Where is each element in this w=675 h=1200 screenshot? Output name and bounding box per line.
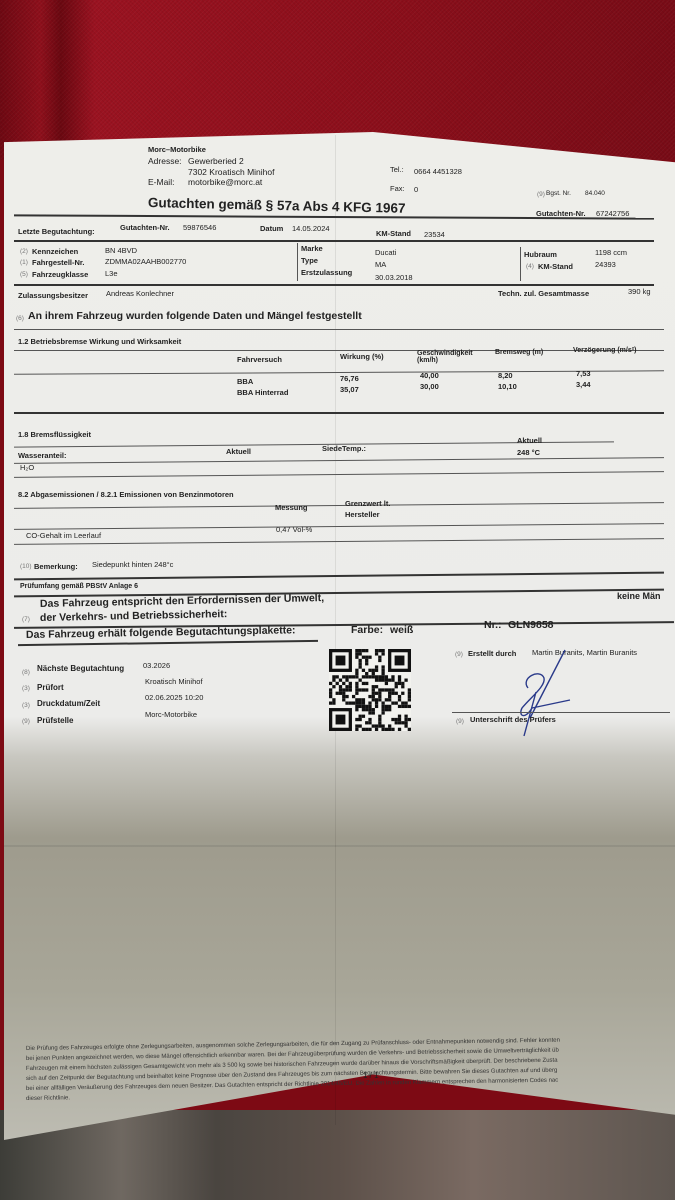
col-bremsweg: Bremsweg (m) xyxy=(495,349,543,356)
pruefort-value: Kroatisch Minihof xyxy=(145,678,203,686)
company-name: Morc–Motorbike xyxy=(148,146,206,154)
code-erstellt: (9) xyxy=(455,652,463,659)
brake-row-wirkung: 76,76 xyxy=(340,375,359,383)
fahrzeugklasse-value: L3e xyxy=(105,270,118,278)
col-fahrversuch: Fahrversuch xyxy=(237,356,282,364)
divider xyxy=(14,350,664,351)
last-datum-value: 14.05.2024 xyxy=(292,225,330,233)
last-km-label: KM-Stand xyxy=(376,230,411,238)
type-value: MA xyxy=(375,261,386,269)
code-klasse: (5) xyxy=(20,272,28,279)
email-value[interactable]: motorbike@morc.at xyxy=(188,178,262,187)
next-inspection-value: 03.2026 xyxy=(143,662,170,670)
gesamtmasse-label: Techn. zul. Gesamtmasse xyxy=(498,290,589,298)
divider xyxy=(520,247,521,281)
last-km-value: 23534 xyxy=(424,231,445,239)
pruefort-label: Prüfort xyxy=(37,684,64,692)
col-verzoegerung: Verzögerung (m/s²) xyxy=(573,347,636,354)
grenzwert-label-1: Grenzwert lt. xyxy=(345,500,390,508)
code-fahrgestell: (1) xyxy=(20,260,28,267)
brake-row-verzoegerung: 3,44 xyxy=(576,381,591,389)
co-label: CO-Gehalt im Leerlauf xyxy=(26,532,101,540)
hubraum-label: Hubraum xyxy=(524,251,557,259)
bgst-value: 84.040 xyxy=(585,191,605,198)
siedetemp-aktuell-label: Aktuell xyxy=(517,437,542,445)
code-ort: (3) xyxy=(22,686,30,693)
last-gutachten-label: Gutachten-Nr. xyxy=(120,224,170,232)
brake-row-bremsweg: 10,10 xyxy=(498,383,517,391)
fax-value: 0 xyxy=(414,186,418,194)
brakes-section-title: 1.2 Betriebsbremse Wirkung und Wirksamke… xyxy=(18,338,181,346)
kennzeichen-value: BN 4BVD xyxy=(105,247,137,255)
siedetemp-value: 248 °C xyxy=(517,449,540,457)
km-stand-value: 24393 xyxy=(595,261,616,269)
gutachten-nr-value: 67242756 xyxy=(596,210,629,218)
besitzer-label: Zulassungsbesitzer xyxy=(18,292,88,300)
brake-row-geschwindigkeit: 30,00 xyxy=(420,383,439,391)
erstzulassung-label: Erstzulassung xyxy=(301,269,352,277)
marke-value: Ducati xyxy=(375,249,396,257)
pruefstelle-label: Prüfstelle xyxy=(37,717,73,725)
type-label: Type xyxy=(301,257,318,265)
divider xyxy=(14,412,664,414)
messung-label: Messung xyxy=(275,504,308,512)
last-inspection-label: Letzte Begutachtung: xyxy=(18,228,95,236)
code-findings: (6) xyxy=(16,316,24,323)
next-inspection-label: Nächste Begutachtung xyxy=(37,665,124,673)
email-label: E-Mail: xyxy=(148,178,174,187)
tel-label: Tel.: xyxy=(390,166,404,174)
signature-label: Unterschrift des Prüfers xyxy=(470,716,556,724)
remark-text: Siedepunkt hinten 248°c xyxy=(92,561,173,569)
wasseranteil-aktuell-label: Aktuell xyxy=(226,448,251,456)
brake-fluid-section-title: 1.8 Bremsflüssigkeit xyxy=(18,431,91,439)
legal-text-line: dieser Richtlinie. xyxy=(26,1095,70,1102)
fahrgestell-value: ZDMMA02AAHB002770 xyxy=(105,258,186,266)
code-next: (8) xyxy=(22,670,30,677)
signature-line xyxy=(452,712,670,713)
siedetemp-label: SiedeTemp.: xyxy=(322,445,366,453)
divider xyxy=(14,329,664,330)
bgst-label: Bgst. Nr. xyxy=(546,191,571,198)
druckdatum-value: 02.06.2025 10:20 xyxy=(145,694,203,702)
kennzeichen-label: Kennzeichen xyxy=(32,248,78,256)
sticker-nr-value: GLN9858 xyxy=(508,620,554,631)
sticker-farbe-value: weiß xyxy=(390,625,413,636)
sticker-farbe-label: Farbe: xyxy=(351,625,383,636)
h2o-label: H₂O xyxy=(20,464,34,472)
co-value: 0,47 Vol-% xyxy=(276,526,312,534)
address-line1: Gewerberied 2 xyxy=(188,157,244,166)
brake-row-verzoegerung: 7,53 xyxy=(576,370,591,378)
tel-value: 0664 4451328 xyxy=(414,168,462,176)
sticker-nr-label: Nr.: xyxy=(484,620,502,631)
fahrzeugklasse-label: Fahrzeugklasse xyxy=(32,271,88,279)
paper-fold-horizontal xyxy=(4,845,675,847)
divider xyxy=(297,243,298,281)
brake-row-geschwindigkeit: 40,00 xyxy=(420,372,439,380)
findings-title: An ihrem Fahrzeug wurden folgende Daten … xyxy=(28,311,362,322)
divider xyxy=(14,284,654,286)
brake-row-name: BBA xyxy=(237,378,253,386)
address-line2: 7302 Kroatisch Minihof xyxy=(188,168,274,177)
wasseranteil-label: Wasseranteil: xyxy=(18,452,67,460)
druckdatum-label: Druckdatum/Zeit xyxy=(37,700,100,708)
gesamtmasse-value: 390 kg xyxy=(628,288,651,296)
fahrgestell-label: Fahrgestell-Nr. xyxy=(32,259,85,267)
conformity-result: keine Män xyxy=(617,592,661,601)
erstzulassung-value: 30.03.2018 xyxy=(375,274,413,282)
code-km: (4) xyxy=(526,264,534,271)
qr-code[interactable] xyxy=(329,649,411,731)
marke-label: Marke xyxy=(301,245,323,253)
brake-row-name: BBA Hinterrad xyxy=(237,389,288,397)
col-wirkung: Wirkung (%) xyxy=(340,353,384,361)
last-gutachten-value: 59876546 xyxy=(183,224,216,232)
last-datum-label: Datum xyxy=(260,225,283,233)
code-unterschrift: (9) xyxy=(456,719,464,726)
scope-text: Prüfumfang gemäß PBStV Anlage 6 xyxy=(20,583,138,590)
brake-row-wirkung: 35,07 xyxy=(340,386,359,394)
besitzer-value: Andreas Konlechner xyxy=(106,290,174,298)
grenzwert-label-2: Hersteller xyxy=(345,511,380,519)
bgst-code: (9) xyxy=(537,192,545,199)
divider xyxy=(14,240,654,242)
km-stand-label: KM-Stand xyxy=(538,263,573,271)
address-label: Adresse: xyxy=(148,157,182,166)
page-indicator: 1 / 1 xyxy=(363,1072,379,1080)
code-kennzeichen: (2) xyxy=(20,249,28,256)
brake-row-bremsweg: 8,20 xyxy=(498,372,513,380)
emissions-section-title: 8.2 Abgasemissionen / 8.2.1 Emissionen v… xyxy=(18,491,234,499)
code-conformity: (7) xyxy=(22,617,30,624)
inspector-signature xyxy=(510,648,590,738)
code-druck: (3) xyxy=(22,703,30,710)
remark-label: Bemerkung: xyxy=(34,563,78,571)
code-stelle: (9) xyxy=(22,719,30,726)
pruefstelle-value: Morc-Motorbike xyxy=(145,711,197,719)
floor-background xyxy=(0,1110,675,1200)
code-remark: (10) xyxy=(20,564,32,571)
col-geschwindigkeit: Geschwindigkeit (km/h) xyxy=(417,350,487,365)
fax-label: Fax: xyxy=(390,185,405,193)
hubraum-value: 1198 ccm xyxy=(595,249,627,257)
